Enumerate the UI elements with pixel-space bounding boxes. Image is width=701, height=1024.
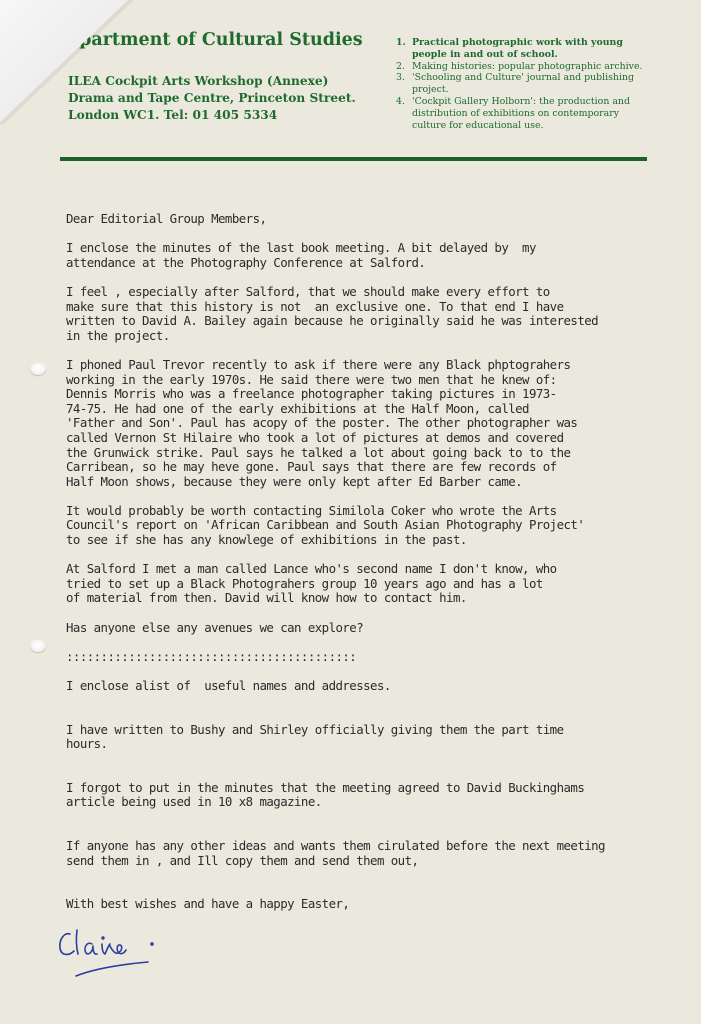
text-line: ::::::::::::::::::::::::::::::::::::::::… (66, 650, 666, 665)
section-divider: ::::::::::::::::::::::::::::::::::::::::… (66, 650, 666, 665)
paragraph: I have written to Bushy and Shirley offi… (66, 723, 666, 752)
paragraph: I phoned Paul Trevor recently to ask if … (66, 358, 666, 489)
paragraph: I enclose the minutes of the last book m… (66, 241, 666, 270)
address-line: Drama and Tape Centre, Princeton Street. (68, 90, 363, 107)
signature (56, 922, 176, 982)
activity-item: 4.'Cockpit Gallery Holborn': the product… (396, 96, 666, 131)
text-line: attendance at the Photography Conference… (66, 256, 666, 271)
activity-line: 'Cockpit Gallery Holborn': the productio… (412, 96, 630, 108)
text-line: of material from then. David will know h… (66, 591, 666, 606)
text-line: to see if she has any knowlege of exhibi… (66, 533, 666, 548)
department-name: epartment of Cultural Studies (68, 30, 363, 50)
activity-line: project. (412, 84, 634, 96)
text-line: called Vernon St Hilaire who took a lot … (66, 431, 666, 446)
letter-page: epartment of Cultural Studies ILEA Cockp… (0, 0, 701, 1024)
text-line: If anyone has any other ideas and wants … (66, 839, 666, 854)
letter-paragraphs: I enclose the minutes of the last book m… (66, 241, 666, 897)
activity-line: 'Schooling and Culture' journal and publ… (412, 72, 634, 84)
activity-number: 1. (396, 37, 412, 61)
letter-body: Dear Editorial Group Members, I enclose … (66, 212, 666, 912)
text-line: I feel , especially after Salford, that … (66, 285, 666, 300)
activity-line: people in and out of school. (412, 49, 623, 61)
paragraph: I enclose alist of useful names and addr… (66, 679, 666, 694)
activity-line: Making histories: popular photographic a… (412, 61, 642, 73)
text-line: working in the early 1970s. He said ther… (66, 373, 666, 388)
text-line: send them in , and Ill copy them and sen… (66, 854, 666, 869)
text-line: Has anyone else any avenues we can explo… (66, 621, 666, 636)
activity-item: 3.'Schooling and Culture' journal and pu… (396, 72, 666, 96)
punch-hole (30, 640, 46, 652)
text-line: hours. (66, 737, 666, 752)
address-line: ILEA Cockpit Arts Workshop (Annexe) (68, 73, 363, 90)
text-line: written to David A. Bailey again because… (66, 314, 666, 329)
activity-number: 2. (396, 61, 412, 73)
text-line: tried to set up a Black Photograhers gro… (66, 577, 666, 592)
letterhead-divider (60, 157, 647, 161)
text-line: I enclose alist of useful names and addr… (66, 679, 666, 694)
activity-item: 1.Practical photographic work with young… (396, 37, 666, 61)
text-line: article being used in 10 x8 magazine. (66, 795, 666, 810)
text-line: Council's report on 'African Caribbean a… (66, 518, 666, 533)
paragraph: I feel , especially after Salford, that … (66, 285, 666, 343)
text-line: in the project. (66, 329, 666, 344)
text-line: I forgot to put in the minutes that the … (66, 781, 666, 796)
text-line: At Salford I met a man called Lance who'… (66, 562, 666, 577)
paragraph: It would probably be worth contacting Si… (66, 504, 666, 548)
text-line: 'Father and Son'. Paul has acopy of the … (66, 416, 666, 431)
activity-line: culture for educational use. (412, 120, 630, 132)
activity-text: Practical photographic work with youngpe… (412, 37, 623, 61)
text-line: Dennis Morris who was a freelance photog… (66, 387, 666, 402)
text-line: I enclose the minutes of the last book m… (66, 241, 666, 256)
paragraph: Has anyone else any avenues we can explo… (66, 621, 666, 636)
punch-hole (30, 363, 46, 375)
activity-line: distribution of exhibitions on contempor… (412, 108, 630, 120)
activity-text: 'Cockpit Gallery Holborn': the productio… (412, 96, 630, 131)
activity-text: Making histories: popular photographic a… (412, 61, 642, 73)
text-line: I have written to Bushy and Shirley offi… (66, 723, 666, 738)
text-line: It would probably be worth contacting Si… (66, 504, 666, 519)
paragraph: I forgot to put in the minutes that the … (66, 781, 666, 810)
activity-text: 'Schooling and Culture' journal and publ… (412, 72, 634, 96)
address-block: ILEA Cockpit Arts Workshop (Annexe) Dram… (68, 73, 363, 124)
closing: With best wishes and have a happy Easter… (66, 897, 666, 912)
activities-list: 1.Practical photographic work with young… (396, 37, 666, 131)
text-line: Half Moon shows, because they were only … (66, 475, 666, 490)
salutation: Dear Editorial Group Members, (66, 212, 666, 227)
text-line: Carribean, so he may heve gone. Paul say… (66, 460, 666, 475)
activity-line: Practical photographic work with young (412, 37, 623, 49)
activity-number: 4. (396, 96, 412, 131)
text-line: the Grunwick strike. Paul says he talked… (66, 446, 666, 461)
activity-number: 3. (396, 72, 412, 96)
text-line: make sure that this history is not an ex… (66, 300, 666, 315)
paragraph: If anyone has any other ideas and wants … (66, 839, 666, 868)
paragraph: At Salford I met a man called Lance who'… (66, 562, 666, 606)
activity-item: 2.Making histories: popular photographic… (396, 61, 666, 73)
text-line: 74-75. He had one of the early exhibitio… (66, 402, 666, 417)
letterhead-organization: epartment of Cultural Studies ILEA Cockp… (68, 30, 363, 124)
address-line: London WC1. Tel: 01 405 5334 (68, 107, 363, 124)
text-line: I phoned Paul Trevor recently to ask if … (66, 358, 666, 373)
